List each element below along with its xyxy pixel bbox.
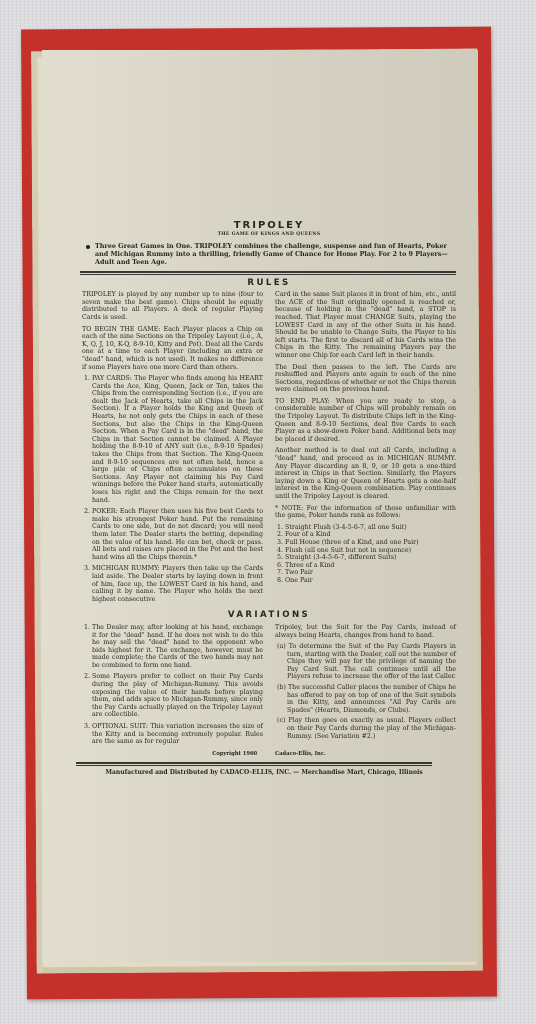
rules-left-column: TRIPOLEY is played by any number up to n… <box>82 291 263 607</box>
rules-document: TRIPOLEY THE GAME OF KINGS AND QUEENS Th… <box>82 222 456 777</box>
variations-heading: VARIATIONS <box>82 612 456 620</box>
poker-note: * NOTE: For the information of those unf… <box>275 505 456 520</box>
poker-hand: Straight Flush (3-4-5-6-7, all one Suit) <box>285 524 456 532</box>
poker-hand: Three of a Kind <box>285 562 456 570</box>
rules-paragraph: TO END PLAY: When you are ready to stop,… <box>275 398 456 444</box>
bullet-icon <box>86 245 90 249</box>
poker-hand: Flush (all one Suit but not in sequence) <box>285 547 456 555</box>
variation-paragraph: Tripoley, but the Suit for the Pay Cards… <box>275 624 456 639</box>
poker-hand: Straight (3-4-5-6-7, different Suits) <box>285 554 456 562</box>
poker-hand: Full House (three of a Kind, and one Pai… <box>285 539 456 547</box>
publisher-text: Cadaco-Ellis, Inc. <box>275 751 326 757</box>
rules-paragraph: Another method is to deal out all Cards,… <box>275 447 456 500</box>
intro-paragraph: Three Great Games in One. TRIPOLEY combi… <box>82 243 456 266</box>
rules-paragraph: TRIPOLEY is played by any number up to n… <box>82 291 263 321</box>
copyright-line: Copyright 1960 Cadaco-Ellis, Inc. <box>82 751 456 759</box>
rules-item: POKER: Each Player then uses his five be… <box>92 508 263 561</box>
variation-subitem: (b) The successful Caller places the num… <box>287 684 456 714</box>
divider <box>80 271 456 275</box>
variations-columns: The Dealer may, after looking at his han… <box>82 624 456 750</box>
rules-item: MICHIGAN RUMMY: Players then take up the… <box>92 565 263 603</box>
copyright-text: Copyright 1960 <box>212 751 257 757</box>
footer-divider <box>76 762 432 766</box>
manufacturer-footer: Manufactured and Distributed by CADACO-E… <box>72 769 456 777</box>
rules-right-column: Card in the same Suit places it in front… <box>275 291 456 607</box>
variation-item: Some Players prefer to collect on their … <box>92 673 263 719</box>
poker-hand: Two Pair <box>285 569 456 577</box>
poker-hand-ranking: Straight Flush (3-4-5-6-7, all one Suit)… <box>275 524 456 585</box>
rules-item: PAY CARDS: The Player who finds among hi… <box>92 375 263 504</box>
variation-item: OPTIONAL SUIT: This variation increases … <box>92 723 263 746</box>
rules-paragraph: The Deal then passes to the left. The Ca… <box>275 364 456 394</box>
variation-subitem: (a) To determine the Suit of the Pay Car… <box>287 643 456 681</box>
poker-hand: One Pair <box>285 577 456 585</box>
poker-hand: Four of a Kind <box>285 531 456 539</box>
rules-paragraph: TO BEGIN THE GAME: Each Player places a … <box>82 326 263 372</box>
variations-left-column: The Dealer may, after looking at his han… <box>82 624 263 750</box>
variations-right-column: Tripoley, but the Suit for the Pay Cards… <box>275 624 456 750</box>
document-title: TRIPOLEY <box>82 222 456 230</box>
rules-heading: RULES <box>82 280 456 288</box>
variation-subitem: (c) Play then goes on exactly as usual. … <box>287 717 456 740</box>
variation-item: The Dealer may, after looking at his han… <box>92 624 263 670</box>
rules-paragraph: Card in the same Suit places it in front… <box>275 291 456 359</box>
rules-columns: TRIPOLEY is played by any number up to n… <box>82 291 456 607</box>
document-subtitle: THE GAME OF KINGS AND QUEENS <box>82 231 456 239</box>
intro-text: Three Great Games in One. TRIPOLEY combi… <box>95 243 456 266</box>
